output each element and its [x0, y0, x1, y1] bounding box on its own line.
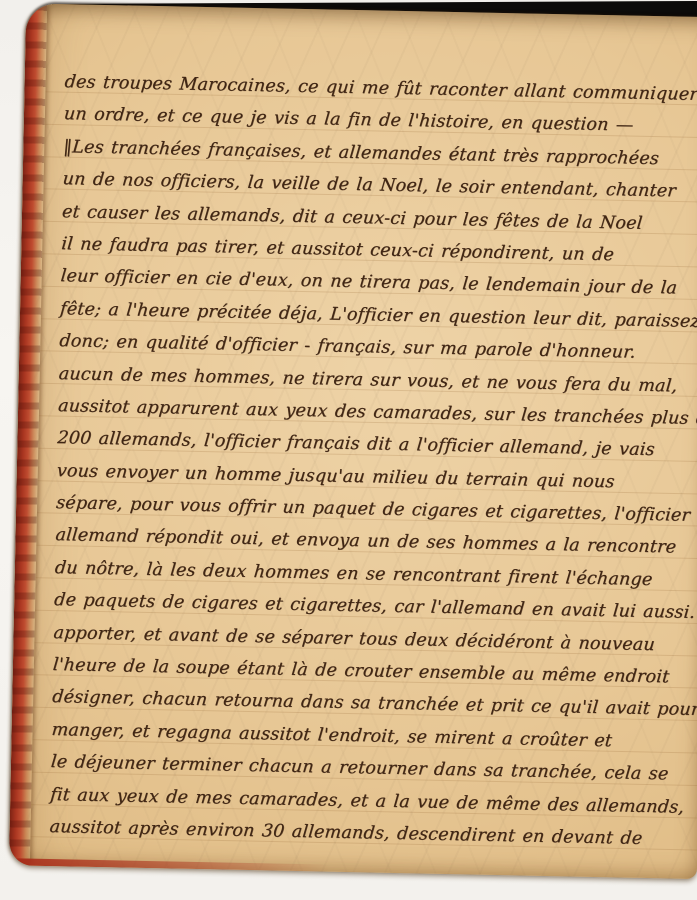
notebook-page: des troupes Marocaines, ce qui me fût ra…	[9, 3, 697, 879]
manuscript-text: des troupes Marocaines, ce qui me fût ra…	[30, 66, 697, 879]
scanned-notebook-photo: des troupes Marocaines, ce qui me fût ra…	[0, 0, 697, 900]
